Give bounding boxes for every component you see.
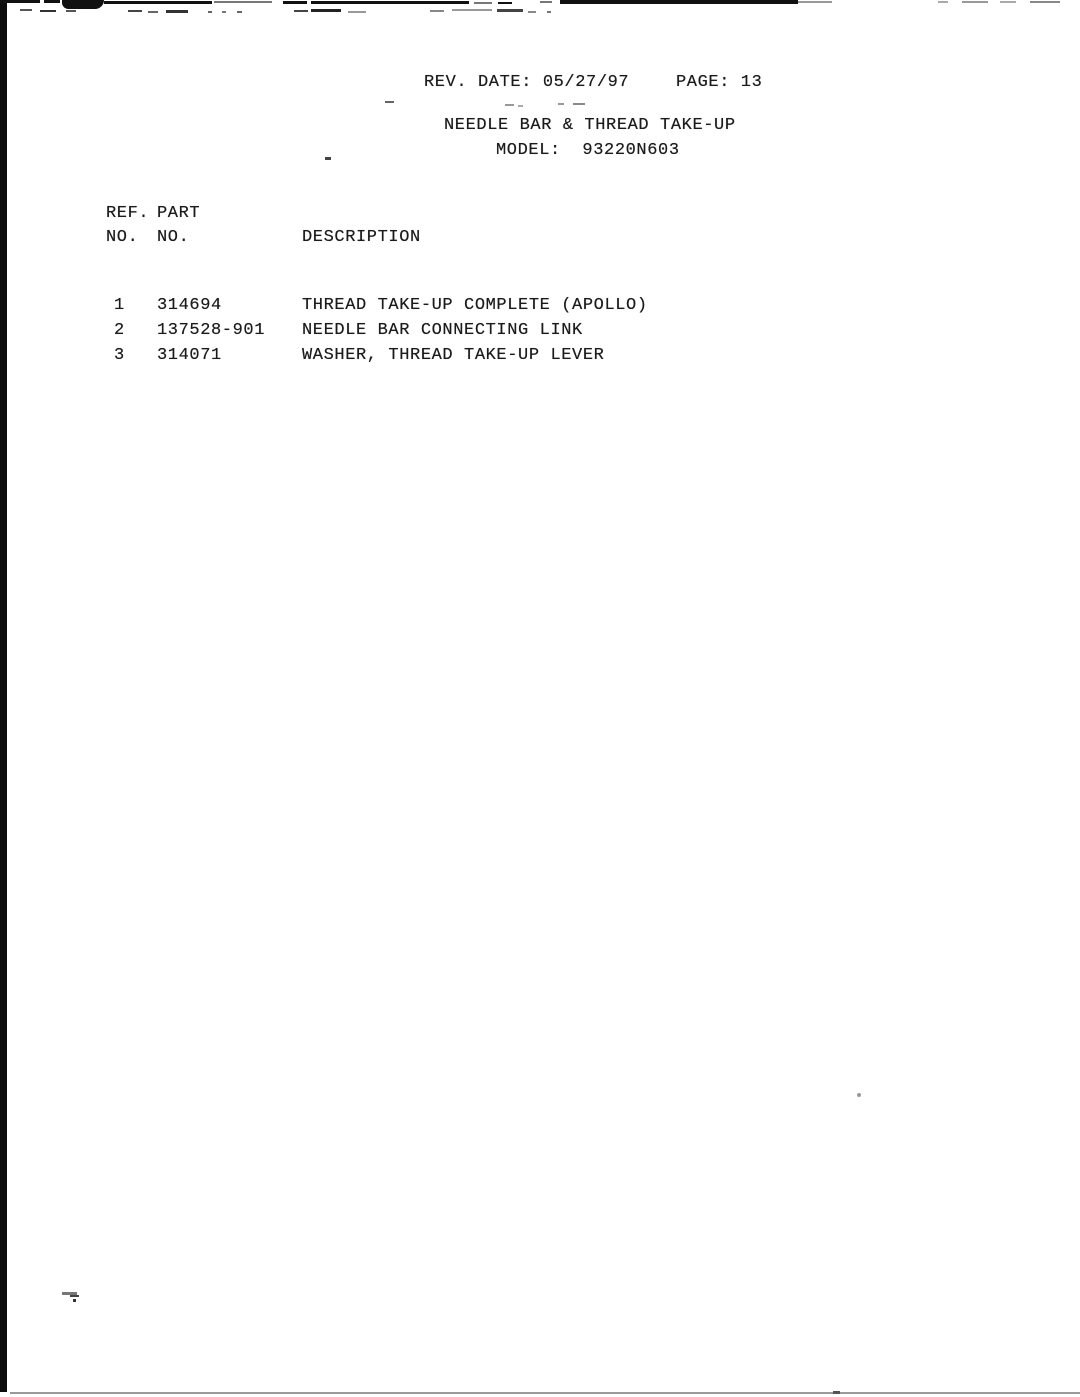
scan-artifact (237, 11, 242, 13)
scan-artifact (311, 1, 469, 4)
scan-artifact (798, 1, 832, 3)
scan-artifact (474, 2, 492, 4)
scan-artifact (222, 11, 226, 13)
scan-artifact (70, 1295, 79, 1297)
scan-artifact (540, 1, 552, 3)
description-cell: WASHER, THREAD TAKE-UP LEVER (302, 346, 604, 366)
col-description-header: DESCRIPTION (302, 228, 421, 248)
scan-artifact (66, 10, 76, 12)
scan-artifact (283, 1, 307, 4)
doc-title: NEEDLE BAR & THREAD TAKE-UP (444, 116, 736, 136)
ref-no-cell: 3 (114, 346, 125, 366)
scan-artifact (857, 1093, 861, 1097)
scan-artifact (518, 105, 523, 107)
part-no-cell: 314694 (157, 296, 222, 316)
doc-model: MODEL: 93220N603 (496, 141, 680, 161)
ref-no-cell: 2 (114, 321, 125, 341)
description-cell: THREAD TAKE-UP COMPLETE (APOLLO) (302, 296, 648, 316)
scan-artifact (311, 9, 341, 12)
scan-artifact (208, 11, 212, 13)
scan-artifact (430, 10, 444, 12)
col-part-header-line1: PART (157, 204, 200, 224)
scan-artifact (20, 9, 32, 11)
scan-artifact (325, 157, 331, 160)
scan-artifact (1000, 1, 1016, 3)
scan-artifact (528, 11, 536, 13)
ref-no-cell: 1 (114, 296, 125, 316)
scan-artifact (294, 10, 308, 12)
scan-artifact (44, 0, 60, 3)
scan-artifact (40, 10, 56, 12)
col-part-header-line2: NO. (157, 228, 189, 248)
scan-artifact (505, 104, 514, 106)
scan-artifact (1030, 1, 1060, 3)
scan-artifact (497, 9, 523, 12)
description-cell: NEEDLE BAR CONNECTING LINK (302, 321, 583, 341)
col-ref-header-line2: NO. (106, 228, 138, 248)
scan-artifact (148, 11, 158, 13)
scan-artifact (962, 1, 988, 3)
scan-artifact (0, 0, 40, 3)
scan-artifact (498, 2, 512, 4)
scanned-document-page: REV. DATE: 05/27/97 PAGE: 13 NEEDLE BAR … (0, 0, 1080, 1397)
scan-artifact (348, 11, 366, 13)
part-no-cell: 137528-901 (157, 321, 265, 341)
scan-artifact (62, 0, 104, 9)
left-edge-scan-bar (0, 0, 7, 1392)
scan-artifact (547, 11, 551, 13)
scan-artifact (214, 1, 272, 3)
scan-artifact (73, 1299, 76, 1302)
scan-artifact (128, 10, 142, 12)
scan-artifact (560, 0, 798, 4)
page-number-text: PAGE: 13 (676, 73, 762, 93)
scan-artifact (166, 10, 188, 13)
scan-artifact (833, 1391, 840, 1394)
scan-artifact (558, 103, 564, 105)
scan-artifact (104, 1, 212, 4)
scan-artifact (452, 9, 492, 11)
part-no-cell: 314071 (157, 346, 222, 366)
scan-artifact (938, 1, 948, 3)
scan-artifact (573, 103, 585, 105)
rev-date-text: REV. DATE: 05/27/97 (424, 73, 629, 93)
scan-artifact (385, 101, 394, 103)
col-ref-header-line1: REF. (106, 204, 149, 224)
bottom-edge-scan-line (10, 1392, 1080, 1394)
